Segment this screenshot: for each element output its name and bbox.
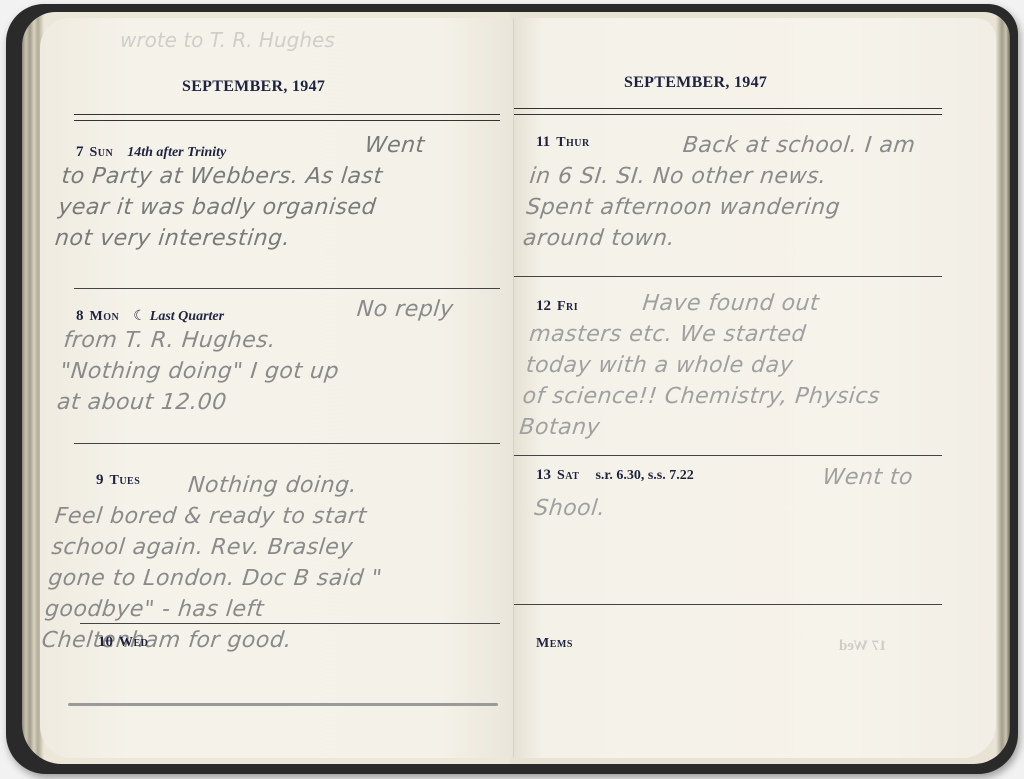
mems-label: Mems xyxy=(536,636,573,652)
day-entry-10-label: 10Wed xyxy=(98,634,148,651)
handwritten-entry-9: Nothing doing. Feel bored & ready to sta… xyxy=(40,470,393,656)
day-divider xyxy=(514,604,942,605)
handwritten-entry-7: Went to Party at Webbers. As last year i… xyxy=(53,130,426,254)
handwriting-text: Nothing doing. Feel bored & ready to sta… xyxy=(41,473,384,653)
day-divider xyxy=(514,276,942,277)
handwriting-text: Have found out masters etc. We started t… xyxy=(518,291,881,440)
header-double-rule xyxy=(514,108,942,115)
handwritten-entry-13: Went to Shool. xyxy=(533,462,915,524)
day-number: 10 xyxy=(98,634,113,650)
handwritten-entry-8: No reply from T. R. Hughes. "Nothing doi… xyxy=(55,294,455,418)
day-name: Wed xyxy=(119,635,148,650)
handwriting-text: No reply from T. R. Hughes. "Nothing doi… xyxy=(56,297,455,415)
bleed-through-text: wrote to T. R. Hughes xyxy=(120,28,335,52)
day-divider xyxy=(74,443,500,444)
handwriting-text: Back at school. I am in 6 SI. SI. No oth… xyxy=(522,133,917,251)
handwritten-underline xyxy=(68,703,498,706)
handwritten-entry-12: Have found out masters etc. We started t… xyxy=(518,288,892,443)
day-divider xyxy=(74,288,500,289)
bleed-through-print: 17 Wed xyxy=(839,638,887,655)
left-page: wrote to T. R. Hughes SEPTEMBER, 1947 7S… xyxy=(40,18,514,758)
page-header-right: SEPTEMBER, 1947 xyxy=(624,74,767,92)
page-header-left: SEPTEMBER, 1947 xyxy=(182,78,325,96)
day-divider xyxy=(514,455,942,456)
header-double-rule xyxy=(74,114,500,121)
right-page: SEPTEMBER, 1947 11Thur Back at school. I… xyxy=(514,18,996,758)
handwriting-text: Went to Shool. xyxy=(533,465,914,521)
day-divider xyxy=(80,623,500,624)
handwriting-text: Went to Party at Webbers. As last year i… xyxy=(54,133,426,251)
handwritten-entry-11: Back at school. I am in 6 SI. SI. No oth… xyxy=(521,130,916,254)
